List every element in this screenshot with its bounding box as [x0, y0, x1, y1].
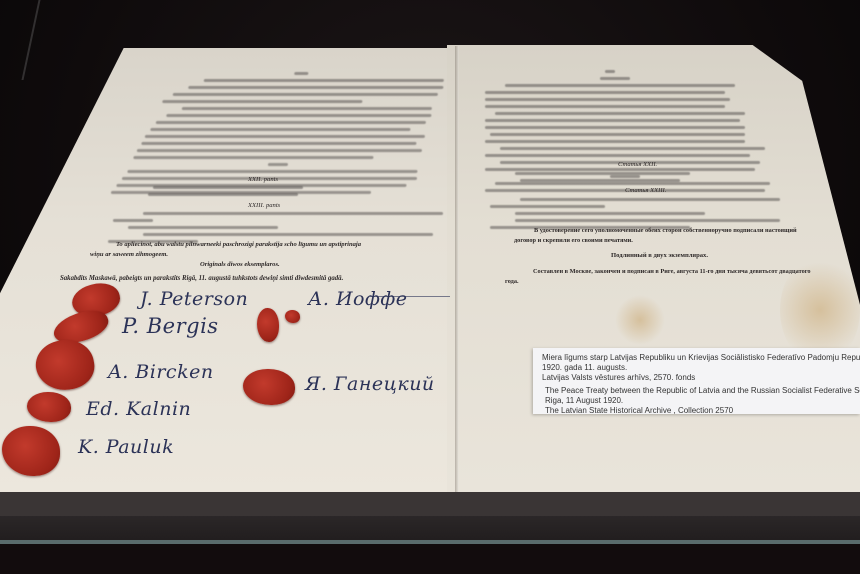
signature: A. Bircken [108, 361, 214, 383]
label-english-title: The Peace Treaty between the Republic of… [545, 386, 860, 396]
label-latvian-archive: Latvijas Valsts vēstures arhīvs, 2570. f… [542, 373, 860, 383]
signature: K. Pauluk [78, 436, 174, 458]
label-english-archive: The Latvian State Historical Archive , C… [545, 406, 860, 416]
signature-underline [370, 296, 450, 297]
display-case: XXII. pants XXIII. pants To apliecinot, … [0, 0, 860, 574]
paper-stain [615, 295, 665, 345]
article-heading: XXIII. pants [248, 202, 280, 209]
label-latvian-date: 1920. gada 11. augusts. [542, 363, 860, 373]
right-closing-line-2: Подлинный в двух экземплярах. [611, 252, 708, 259]
article-heading: Статья XXIII. [625, 187, 666, 194]
case-frame-top [0, 492, 860, 516]
left-closing-line-4: Sakabdits Maskawā, pabeigts un parakstit… [60, 275, 343, 282]
wax-seal [257, 308, 279, 342]
label-latvian: Miera līgums starp Latvijas Republiku un… [542, 353, 860, 383]
signature: Ed. Kalnin [86, 398, 191, 420]
left-closing-line-1: To apliecinot, abu walstu pilnwarneeki p… [116, 241, 361, 248]
right-page-articles: Статья XXII. Статья XXIII. [490, 150, 820, 233]
exhibit-label: Miera līgums starp Latvijas Republiku un… [533, 348, 860, 414]
article-heading: Статья XXII. [618, 161, 657, 168]
left-closing-line-3: Originals diwos eksemplaros. [200, 261, 280, 268]
left-closing-line-2: wiņu ar saweem zihmogeem. [90, 251, 168, 258]
article-heading: XXII. pants [248, 176, 278, 183]
wax-seal [243, 369, 295, 405]
case-base [0, 544, 860, 574]
signature: P. Bergis [122, 314, 219, 338]
wax-seal [285, 310, 300, 323]
right-closing-line-1: В удостоверение сего уполномоченные обеи… [514, 226, 804, 246]
glass-case-edge [0, 0, 41, 80]
left-page-articles: XXII. pants XXIII. pants [108, 176, 438, 247]
right-closing-line-3: Составлен в Москве, закончен и подписан … [505, 267, 815, 287]
label-latvian-title: Miera līgums starp Latvijas Republiku un… [542, 353, 860, 363]
page-fold [455, 46, 459, 494]
label-english: The Peace Treaty between the Republic of… [545, 386, 860, 416]
signature: J. Peterson [140, 288, 248, 310]
label-english-date: Riga, 11 August 1920. [545, 396, 860, 406]
case-frame [0, 516, 860, 542]
signature: Я. Ганецкий [305, 373, 435, 395]
wax-seal [27, 392, 71, 422]
wax-seal [2, 426, 60, 476]
signature: А. Иоффе [308, 288, 407, 310]
